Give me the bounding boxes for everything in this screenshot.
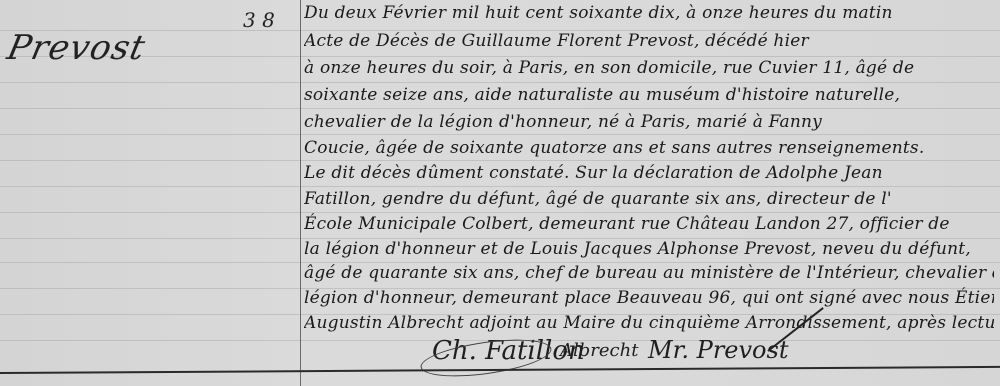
margin-rule (300, 0, 301, 386)
record-line: à onze heures du soir, à Paris, en son d… (304, 57, 994, 79)
record-line: légion d'honneur, demeurant place Beauve… (304, 287, 994, 309)
signature-albrecht: Albrecht (560, 340, 638, 361)
record-line: Acte de Décès de Guillaume Florent Prevo… (304, 30, 994, 52)
ruled-line (0, 82, 1000, 83)
record-line: Le dit décès dûment constaté. Sur la déc… (304, 162, 994, 184)
record-line: École Municipale Colbert, demeurant rue … (304, 213, 994, 235)
signature-prevost: Mr. Prevost (648, 336, 788, 364)
record-line: Du deux Février mil huit cent soixante d… (304, 2, 994, 24)
ruled-line (0, 108, 1000, 109)
record-line: la légion d'honneur et de Louis Jacques … (304, 238, 994, 260)
ruled-line (0, 134, 1000, 135)
record-line: chevalier de la légion d'honneur, né à P… (304, 111, 994, 133)
record-line: Augustin Albrecht adjoint au Maire du ci… (304, 312, 994, 334)
register-page: Prevost 3 8 Du deux Février mil huit cen… (0, 0, 1000, 386)
record-line: soixante seize ans, aide naturaliste au … (304, 84, 994, 106)
record-line: Fatillon, gendre du défunt, âgé de quara… (304, 188, 994, 210)
entry-number: 3 8 (243, 8, 275, 32)
ruled-line (0, 186, 1000, 187)
record-line: Coucie, âgée de soixante quatorze ans et… (304, 137, 994, 159)
margin-surname: Prevost (4, 28, 150, 68)
ruled-line (0, 160, 1000, 161)
record-line: âgé de quarante six ans, chef de bureau … (304, 262, 994, 284)
